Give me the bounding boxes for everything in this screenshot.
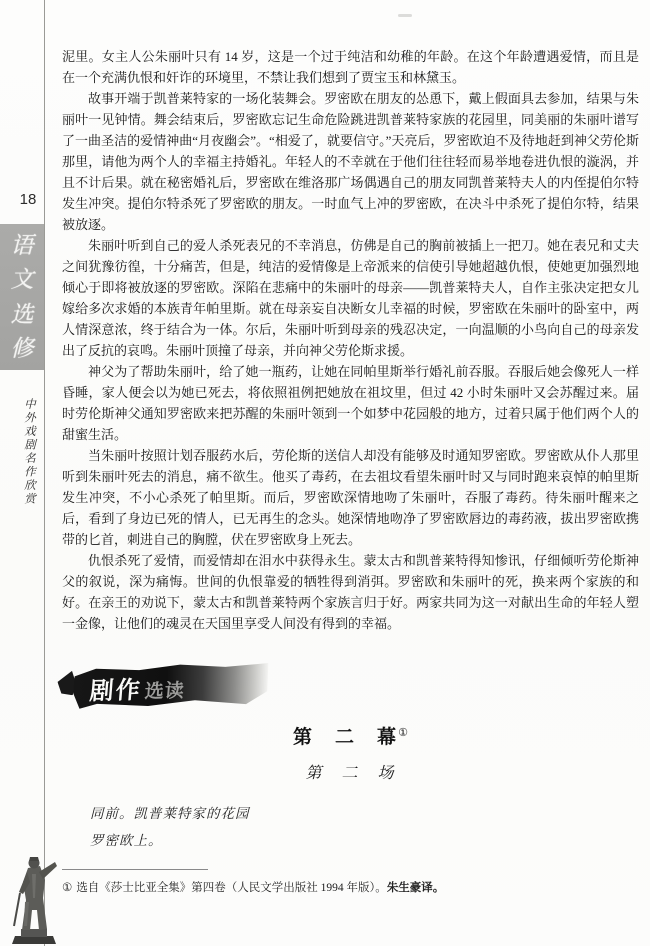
margin-rule [44,0,45,946]
section-banner-title: 剧作选读 [89,669,187,706]
act-footnote-mark: ① [398,727,408,739]
series-char-2: 文 [11,268,34,291]
footnote-translator: 朱生豪译。 [387,882,445,894]
synopsis-paragraph: 故事开端于凯普莱特家的一场化装舞会。罗密欧在朋友的怂恿下，戴上假面具去参加，结果… [62,88,639,235]
series-char-3: 选 [11,303,34,326]
series-char-1: 语 [11,234,34,257]
section-banner: 剧作选读 [56,660,271,714]
synopsis-paragraph: 当朱丽叶按照计划吞服药水后，劳伦斯的送信人却没有能够及时通知罗密欧。罗密欧从仆人… [62,445,639,550]
synopsis-paragraph: 神父为了帮助朱丽叶，给了她一瓶药，让她在同帕里斯举行婚礼前吞服。吞服后她会像死人… [62,361,639,445]
textbook-page: 18 语 文 选 修 中外戏剧名作欣赏 泥里。女主人公朱丽叶只有 14 岁，这是… [0,0,650,946]
footnote-rule [62,869,208,870]
act-title: 第 二 幕 [293,727,398,748]
synopsis-text: 泥里。女主人公朱丽叶只有 14 岁，这是一个过于纯洁和幼稚的年龄。在这个年龄遭遇… [62,46,639,634]
statue-figure-image [6,852,64,946]
series-title-block: 语 文 选 修 [0,224,44,370]
footnote-source: 选自《莎士比亚全集》第四卷（人民文学出版社 1994 年版）。 [76,882,387,894]
stage-directions: 同前。凯普莱特家的花园 罗密欧上。 [90,800,250,854]
series-char-4: 修 [11,337,34,360]
stage-direction-line: 同前。凯普莱特家的花园 [90,800,250,827]
scene-heading: 第 二 场 [62,760,639,783]
page-number: 18 [14,191,42,208]
footnote: ①选自《莎士比亚全集》第四卷（人民文学出版社 1994 年版）。朱生豪译。 [62,880,627,896]
banner-title-sub: 选读 [144,681,186,703]
synopsis-paragraph: 仇恨杀死了爱情，而爱情却在泪水中获得永生。蒙太古和凯普莱特得知惨讯，仔细倾听劳伦… [62,550,639,634]
synopsis-paragraph: 泥里。女主人公朱丽叶只有 14 岁，这是一个过于纯洁和幼稚的年龄。在这个年龄遭遇… [62,46,639,88]
banner-title-main: 剧作 [89,678,143,705]
act-heading: 第 二 幕① [62,722,639,749]
series-subtitle: 中外戏剧名作欣赏 [21,398,37,506]
scan-smudge [398,14,412,17]
stage-direction-line: 罗密欧上。 [90,827,250,854]
synopsis-paragraph: 朱丽叶听到自己的爱人杀死表兄的不幸消息，仿佛是自己的胸前被插上一把刀。她在表兄和… [62,235,639,361]
